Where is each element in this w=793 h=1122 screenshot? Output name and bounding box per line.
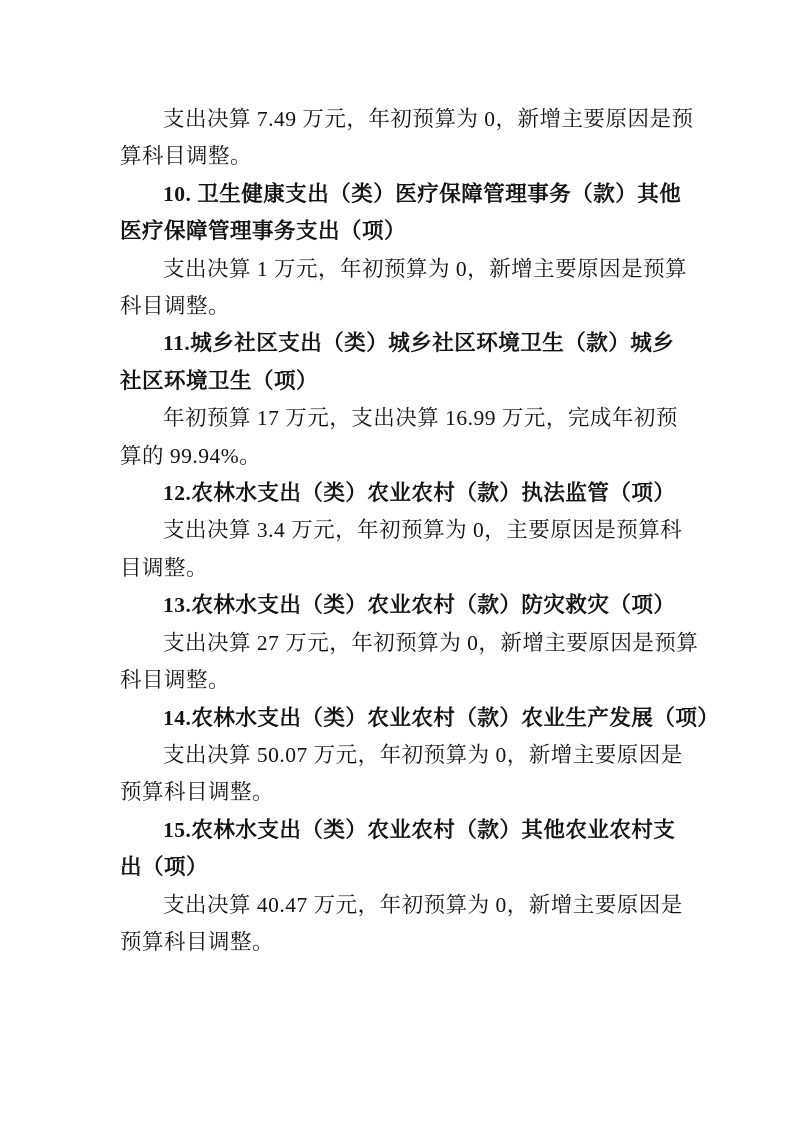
section-note-14: 支出决算 50.07 万元，年初预算为 0，新增主要原因是 预算科目调整。: [120, 737, 681, 812]
text-line: 算科目调整。: [120, 138, 681, 175]
text-line: 医疗保障管理事务支出（项）: [120, 213, 681, 250]
text-line: 科目调整。: [120, 288, 681, 325]
text-line: 14.农林水支出（类）农业农村（款）农业生产发展（项）: [120, 700, 681, 737]
text-line: 10. 卫生健康支出（类）医疗保障管理事务（款）其他: [120, 176, 681, 213]
section-note-10: 支出决算 1 万元，年初预算为 0，新增主要原因是预算 科目调整。: [120, 251, 681, 326]
text-line: 13.农林水支出（类）农业农村（款）防灾救灾（项）: [120, 587, 681, 624]
section-heading-11: 11.城乡社区支出（类）城乡社区环境卫生（款）城乡 社区环境卫生（项）: [120, 325, 681, 400]
text-line: 支出决算 27 万元，年初预算为 0，新增主要原因是预算: [120, 625, 681, 662]
text-line: 出（项）: [120, 849, 681, 886]
text-line: 算的 99.94%。: [120, 438, 681, 475]
text-line: 预算科目调整。: [120, 924, 681, 961]
text-line: 15.农林水支出（类）农业农村（款）其他农业农村支: [120, 812, 681, 849]
text-line: 支出决算 50.07 万元，年初预算为 0，新增主要原因是: [120, 737, 681, 774]
section-heading-13: 13.农林水支出（类）农业农村（款）防灾救灾（项）: [120, 587, 681, 624]
text-line: 支出决算 3.4 万元，年初预算为 0，主要原因是预算科: [120, 512, 681, 549]
document-page: 支出决算 7.49 万元，年初预算为 0，新增主要原因是预 算科目调整。 10.…: [0, 0, 793, 1122]
text-line: 支出决算 7.49 万元，年初预算为 0，新增主要原因是预: [120, 101, 681, 138]
text-line: 年初预算 17 万元，支出决算 16.99 万元，完成年初预: [120, 400, 681, 437]
section-note-15: 支出决算 40.47 万元，年初预算为 0，新增主要原因是 预算科目调整。: [120, 887, 681, 962]
text-line: 目调整。: [120, 550, 681, 587]
section-note-12: 支出决算 3.4 万元，年初预算为 0，主要原因是预算科 目调整。: [120, 512, 681, 587]
section-heading-14: 14.农林水支出（类）农业农村（款）农业生产发展（项）: [120, 700, 681, 737]
text-line: 支出决算 1 万元，年初预算为 0，新增主要原因是预算: [120, 251, 681, 288]
section-heading-10: 10. 卫生健康支出（类）医疗保障管理事务（款）其他 医疗保障管理事务支出（项）: [120, 176, 681, 251]
text-line: 科目调整。: [120, 662, 681, 699]
text-line: 支出决算 40.47 万元，年初预算为 0，新增主要原因是: [120, 887, 681, 924]
section-heading-12: 12.农林水支出（类）农业农村（款）执法监管（项）: [120, 475, 681, 512]
text-line: 11.城乡社区支出（类）城乡社区环境卫生（款）城乡: [120, 325, 681, 362]
section-9-note: 支出决算 7.49 万元，年初预算为 0，新增主要原因是预 算科目调整。: [120, 101, 681, 176]
text-line: 预算科目调整。: [120, 774, 681, 811]
text-line: 社区环境卫生（项）: [120, 363, 681, 400]
section-note-11: 年初预算 17 万元，支出决算 16.99 万元，完成年初预 算的 99.94%…: [120, 400, 681, 475]
section-note-13: 支出决算 27 万元，年初预算为 0，新增主要原因是预算 科目调整。: [120, 625, 681, 700]
text-line: 12.农林水支出（类）农业农村（款）执法监管（项）: [120, 475, 681, 512]
section-heading-15: 15.农林水支出（类）农业农村（款）其他农业农村支 出（项）: [120, 812, 681, 887]
